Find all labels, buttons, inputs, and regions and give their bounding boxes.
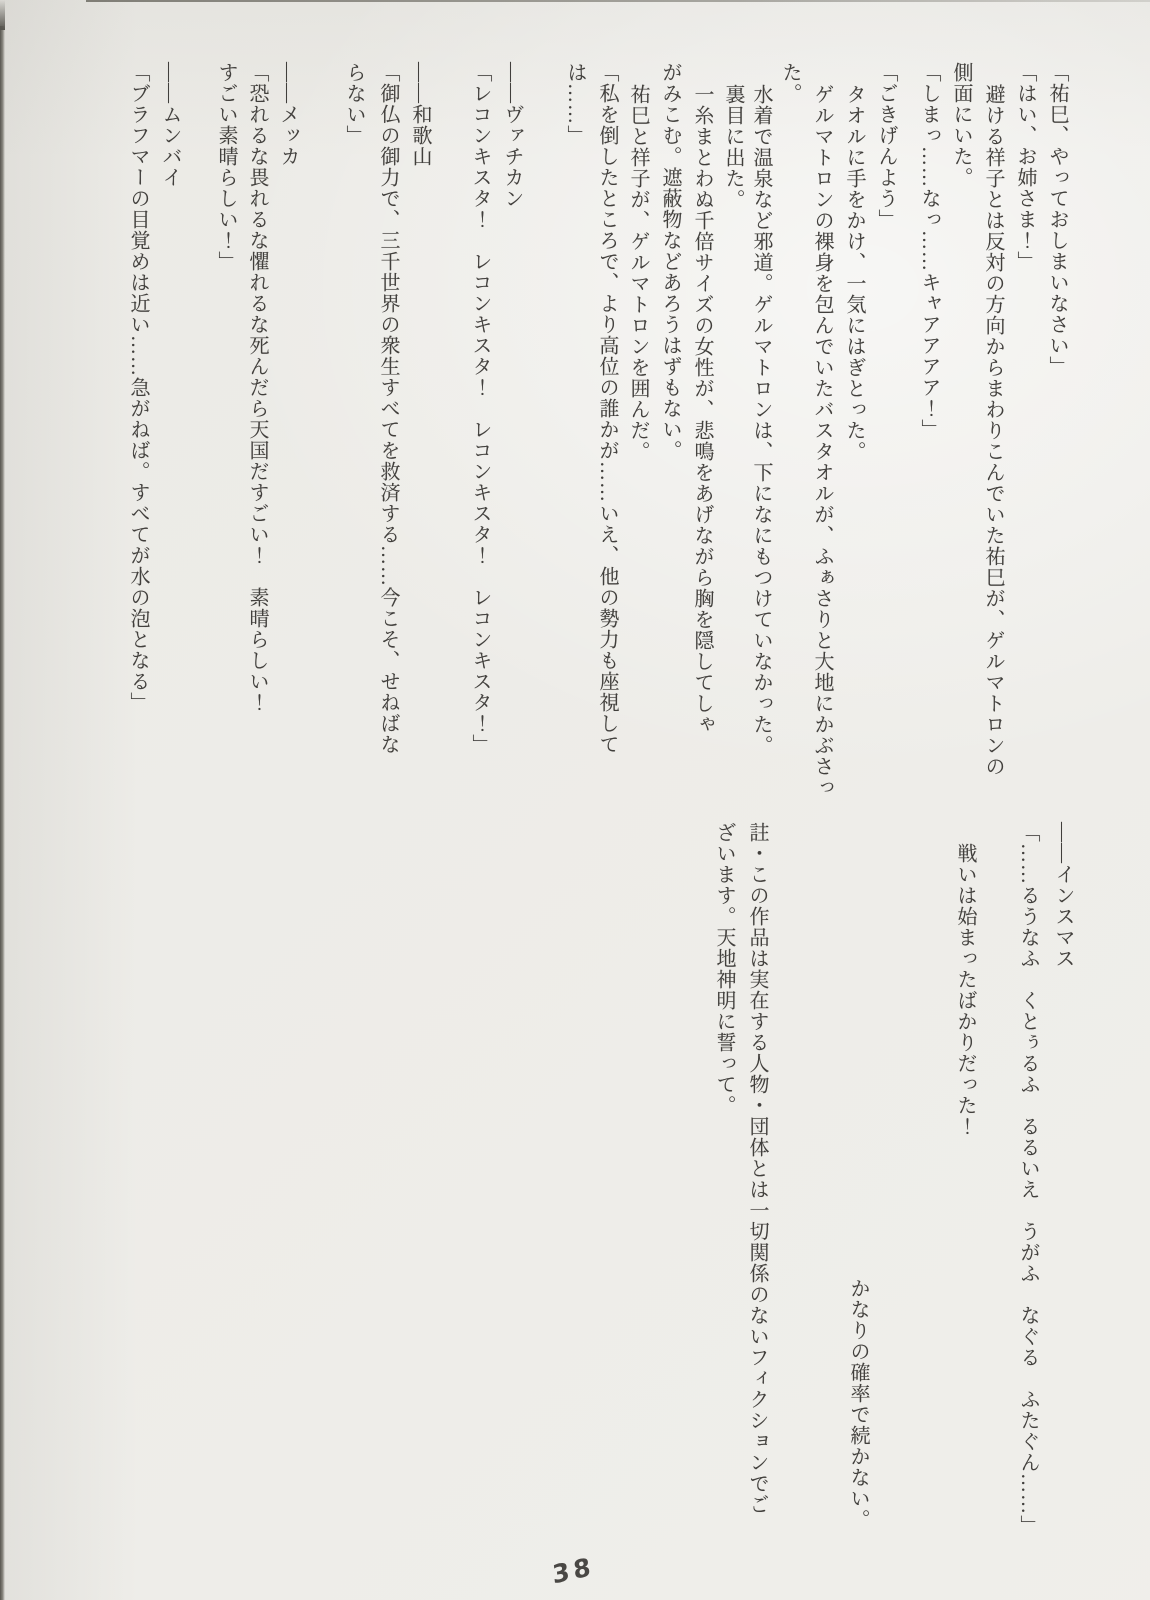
text-column-30: かなりの確率で続かない。 [842, 1278, 874, 1530]
text-column-9: た。 [774, 62, 806, 104]
text-column-24: すごい素晴らしい！」 [210, 62, 242, 272]
text-column-25: ——ムンバイ [154, 62, 186, 188]
scanned-book-page: { "page_number": "38", "text_columns": [… [0, 0, 1150, 1600]
text-column-5: 「しまっ……なっ……キャアアアア！」 [913, 62, 945, 440]
text-column-28: 「……るうなふ くとぅるふ るるいえ うがふ なぐる ふたぐん……」 [1012, 822, 1044, 1536]
text-column-19: ——和歌山 [404, 62, 436, 167]
text-column-23: 「恐れるな畏れるな懼れるな死んだら天国だすごい！ 素晴らしい！ [241, 62, 273, 713]
text-column-14: 祐巳と祥子が、ゲルマトロンを囲んだ。 [622, 84, 654, 462]
text-column-1: 「祐巳、やっておしまいなさい」 [1041, 62, 1073, 377]
text-column-7: タオルに手をかけ、一気にはぎとった。 [838, 84, 870, 462]
text-column-10: 水着で温泉など邪道。ゲルマトロンは、下になにもつけていなかった。 [745, 84, 777, 756]
scan-edge-top [86, 0, 1150, 2]
text-column-20: 「御仏の御力で、三千世界の衆生すべてを救済する……今こそ、せねばな [372, 62, 404, 755]
text-column-8: ゲルマトロンの裸身を包んでいたバスタオルが、ふぁさりと大地にかぶさっ [806, 84, 838, 798]
text-column-2: 「はい、お姉さま！」 [1009, 62, 1041, 272]
text-column-4: 側面にいた。 [945, 62, 977, 188]
text-column-16: は……」 [559, 62, 591, 146]
text-column-26: 「ブラフマーの目覚めは近い……急がねば。すべてが水の泡となる」 [122, 62, 154, 713]
text-column-22: ——メッカ [272, 62, 304, 167]
text-column-11: 裏目に出た。 [717, 84, 749, 210]
text-column-12: 一糸まとわぬ千倍サイズの女性が、悲鳴をあげながら胸を隠してしゃ [686, 84, 718, 735]
page-number: 38 [551, 1552, 596, 1590]
text-column-21: らない」 [338, 62, 370, 146]
text-column-29: 戦いは始まったばかりだった！ [949, 843, 981, 1137]
text-column-31: 註・この作品は実在する人物・団体とは一切関係のないフィクションでご [741, 822, 773, 1515]
text-column-15: 「私を倒したところで、より高位の誰かが……いえ、他の勢力も座視して [591, 62, 623, 755]
text-column-27: ——インスマス [1047, 822, 1079, 969]
text-column-13: がみこむ。遮蔽物などあろうはずもない。 [654, 62, 686, 461]
text-column-6: 「ごきげんよう」 [870, 62, 902, 230]
text-column-32: ざいます。天地神明に誓って。 [708, 822, 740, 1116]
text-column-18: 「レコンキスタ！ レコンキスタ！ レコンキスタ！ レコンキスタ！」 [464, 62, 496, 755]
text-column-17: ——ヴァチカン [496, 62, 528, 209]
scan-edge-left-fade [0, 0, 5, 30]
scan-edge-left [0, 26, 5, 1600]
text-column-3: 避ける祥子とは反対の方向からまわりこんでいた祐巳が、ゲルマトロンの [977, 84, 1009, 777]
